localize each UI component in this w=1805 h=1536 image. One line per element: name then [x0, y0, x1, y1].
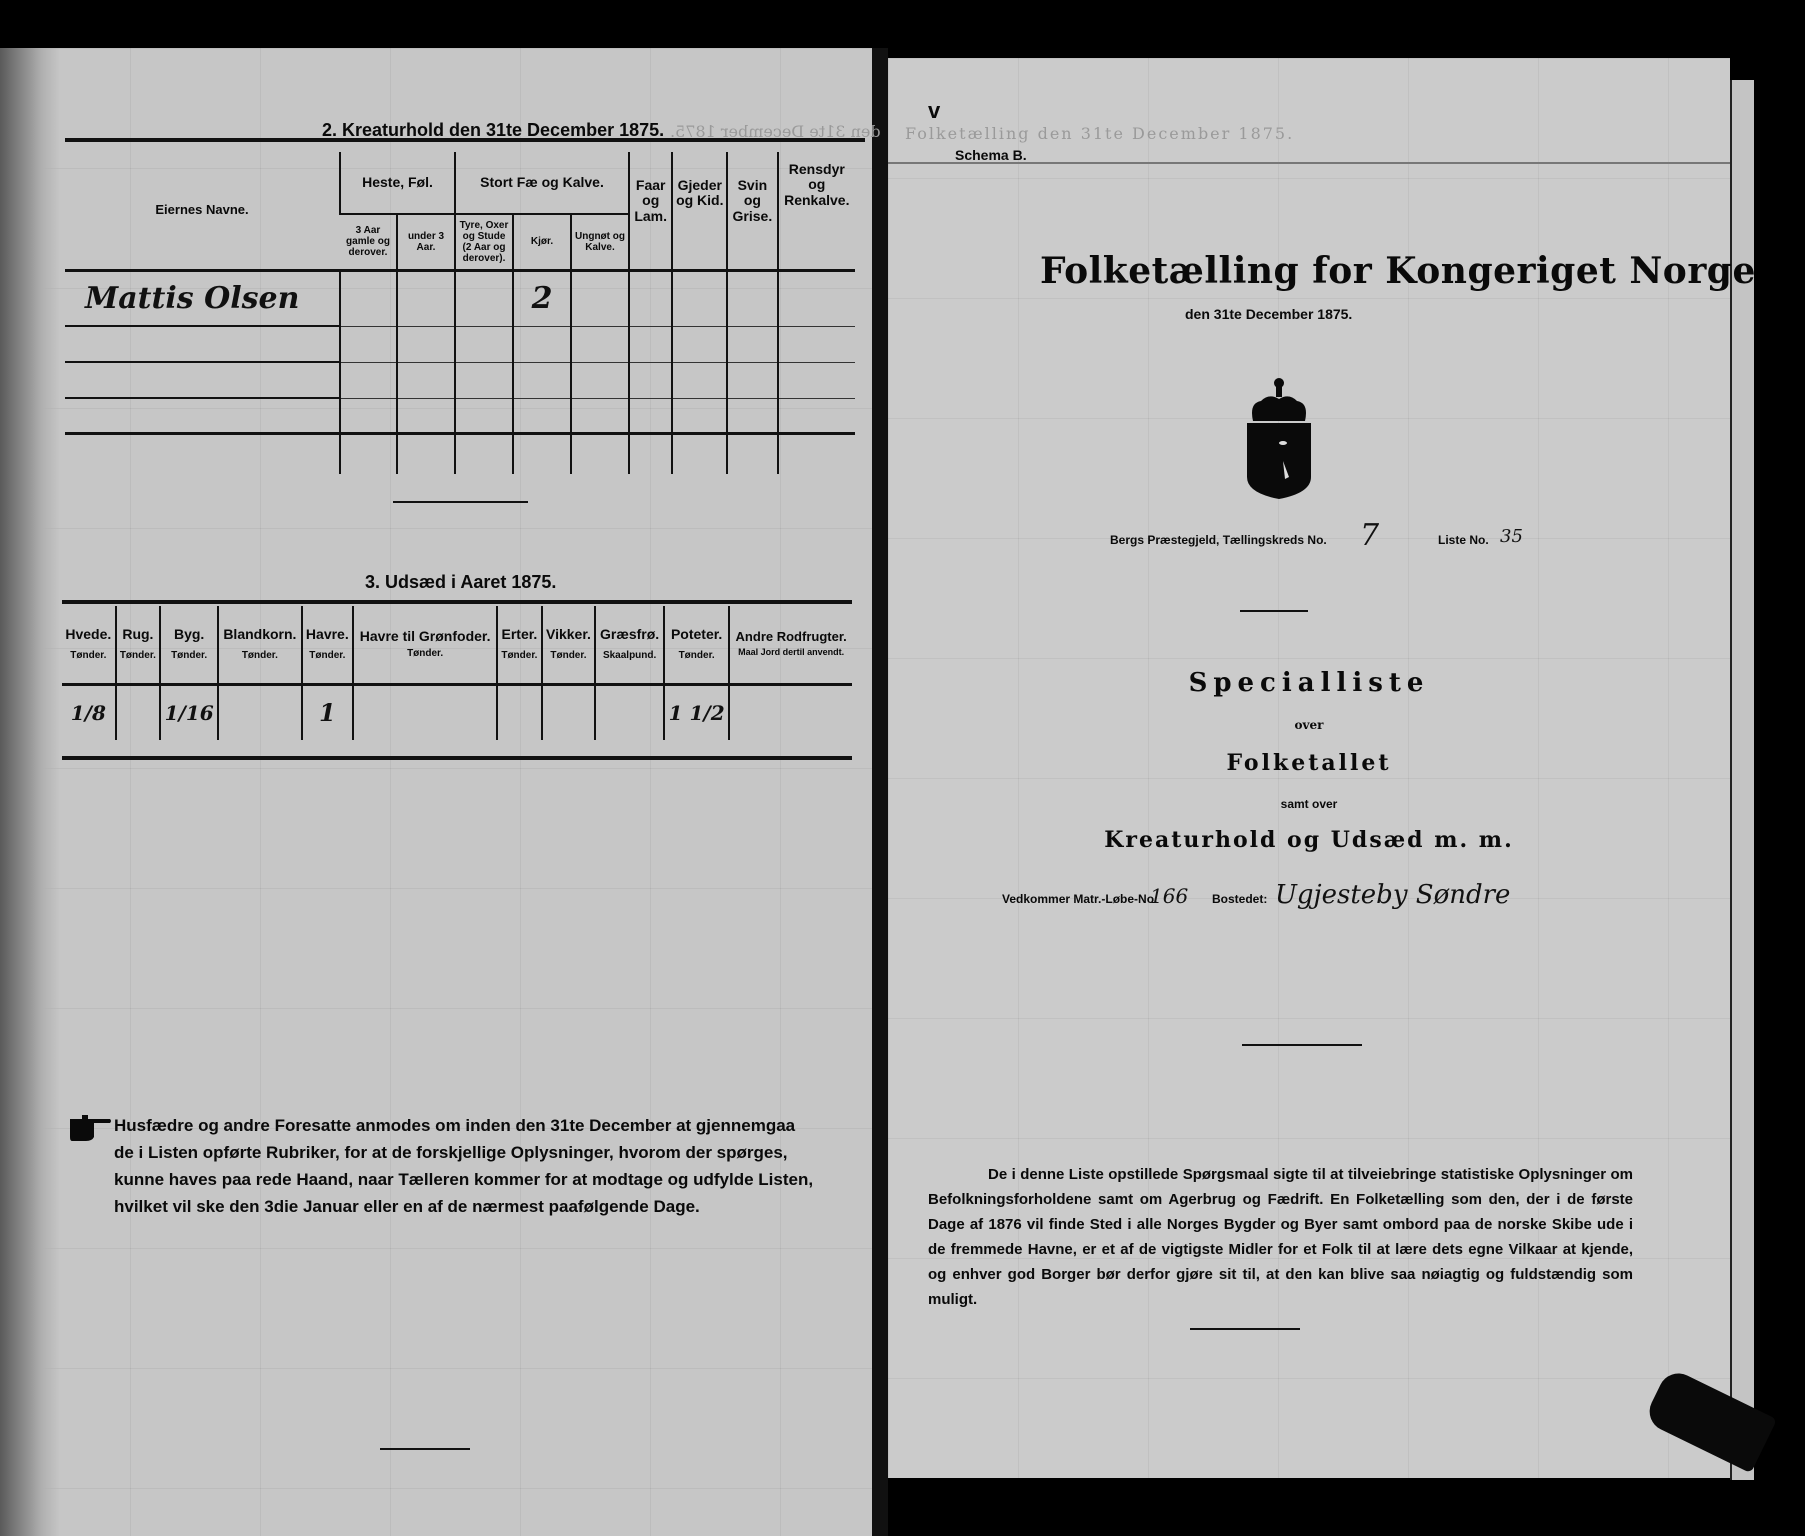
separator-line-right — [1240, 610, 1308, 612]
schema-label: Schema B. — [955, 147, 1027, 163]
table-row — [65, 326, 855, 362]
kreaturhold-subtitle: Kreaturhold og Udsæd m. m. — [888, 827, 1730, 853]
value-graesfro — [595, 684, 664, 740]
header-cattle: Stort Fæ og Kalve. — [455, 152, 629, 214]
header-pigs: Svin og Grise. — [727, 152, 777, 270]
value-byg: 1/16 — [160, 684, 218, 740]
udsaed-header-row: Hvede.Tønder. Rug.Tønder. Byg.Tønder. Bl… — [62, 606, 852, 684]
header-owner: Eiernes Navne. — [65, 152, 340, 270]
bosted-value: Ugjesteby Søndre — [1275, 880, 1510, 910]
list-number: 35 — [1500, 526, 1523, 547]
over-label: over — [888, 718, 1730, 732]
cell — [778, 270, 855, 326]
cell — [672, 270, 727, 326]
table-bottom-rule — [65, 432, 855, 435]
header-horses: Heste, Føl. — [340, 152, 455, 214]
faded-bleed-text: Folketælling den 31te December 1875. — [905, 124, 1294, 143]
separator-line-bottom — [380, 1448, 470, 1450]
header-goats: Gjeder og Kid. — [672, 152, 727, 270]
census-title: Folketælling for Kongeriget Norge — [1040, 250, 1756, 292]
udsaed-table: Hvede.Tønder. Rug.Tønder. Byg.Tønder. Bl… — [62, 606, 852, 740]
table-row — [65, 434, 855, 474]
header-havre-gronfoder: Havre til Grønfoder.Tønder. — [353, 606, 497, 684]
value-rug — [116, 684, 160, 740]
owner-cell: Mattis Olsen — [65, 270, 340, 326]
table-row: Mattis Olsen 2 — [65, 270, 855, 326]
header-hvede: Hvede.Tønder. — [62, 606, 116, 684]
norway-coat-of-arms-icon — [1243, 377, 1315, 499]
folketallet-label: Folketallet — [888, 750, 1730, 776]
header-horses-under3: under 3 Aar. — [397, 214, 455, 270]
matr-label: Vedkommer Matr.-Løbe-No. — [1002, 892, 1157, 906]
matr-number: 166 — [1150, 884, 1188, 908]
value-vikker — [542, 684, 596, 740]
pointing-hand-icon — [70, 1115, 112, 1141]
udsaed-top-rule — [62, 600, 852, 604]
kreaturhold-table: Eiernes Navne. Heste, Føl. Stort Fæ og K… — [65, 152, 855, 474]
corner-check-mark: v — [928, 98, 940, 124]
table-top-rule — [65, 138, 865, 142]
cell — [455, 270, 513, 326]
census-description: De i denne Liste opstillede Spørgsmaal s… — [928, 1162, 1633, 1312]
cell — [397, 270, 455, 326]
header-rug: Rug.Tønder. — [116, 606, 160, 684]
value-havre-gronfoder — [353, 684, 497, 740]
district-number: 7 — [1360, 518, 1379, 553]
table-row — [65, 398, 855, 434]
udsaed-bottom-rule — [62, 756, 852, 760]
header-poteter: Poteter.Tønder. — [664, 606, 729, 684]
cell — [571, 270, 629, 326]
value-andre-rodfrugter — [729, 684, 852, 740]
udsaed-value-row: 1/8 1/16 1 1 1/2 — [62, 684, 852, 740]
separator-line — [393, 501, 528, 503]
separator-line-end — [1190, 1328, 1300, 1330]
value-erter — [497, 684, 541, 740]
list-label: Liste No. — [1438, 533, 1489, 547]
section3-title: 3. Udsæd i Aaret 1875. — [365, 572, 556, 593]
book-spine — [872, 48, 888, 1536]
header-reindeer: Rensdyr og Renkalve. — [778, 152, 855, 270]
header-cattle-young: Ungnøt og Kalve. — [571, 214, 629, 270]
cell — [727, 270, 777, 326]
header-cattle-cows: Kjør. — [513, 214, 571, 270]
header-sheep: Faar og Lam. — [629, 152, 672, 270]
cell — [340, 270, 397, 326]
parish-label: Bergs Præstegjeld, Tællingskreds No. — [1110, 533, 1327, 547]
header-byg: Byg.Tønder. — [160, 606, 218, 684]
value-poteter: 1 1/2 — [664, 684, 729, 740]
header-cattle-bulls: Tyre, Oxer og Stude (2 Aar og derover). — [455, 214, 513, 270]
header-vikker: Vikker.Tønder. — [542, 606, 596, 684]
table-row — [65, 362, 855, 398]
samt-over-label: samt over — [888, 797, 1730, 811]
specialliste-heading: Specialliste — [888, 668, 1730, 698]
household-notice: Husfædre og andre Foresatte anmodes om i… — [114, 1112, 814, 1220]
header-havre: Havre.Tønder. — [302, 606, 353, 684]
cows-count-cell: 2 — [513, 270, 571, 326]
header-erter: Erter.Tønder. — [497, 606, 541, 684]
separator-line-middle — [1242, 1044, 1362, 1046]
value-blandkorn — [218, 684, 301, 740]
value-havre: 1 — [302, 684, 353, 740]
bosted-label: Bostedet: — [1212, 892, 1267, 906]
cell — [629, 270, 672, 326]
header-andre-rodfrugter: Andre Rodfrugter.Maal Jord dertil anvend… — [729, 606, 852, 684]
header-graesfro: Græsfrø.Skaalpund. — [595, 606, 664, 684]
value-hvede: 1/8 — [62, 684, 116, 740]
header-horses-3plus: 3 Aar gamle og derover. — [340, 214, 397, 270]
header-blandkorn: Blandkorn.Tønder. — [218, 606, 301, 684]
census-date: den 31te December 1875. — [1185, 306, 1352, 322]
